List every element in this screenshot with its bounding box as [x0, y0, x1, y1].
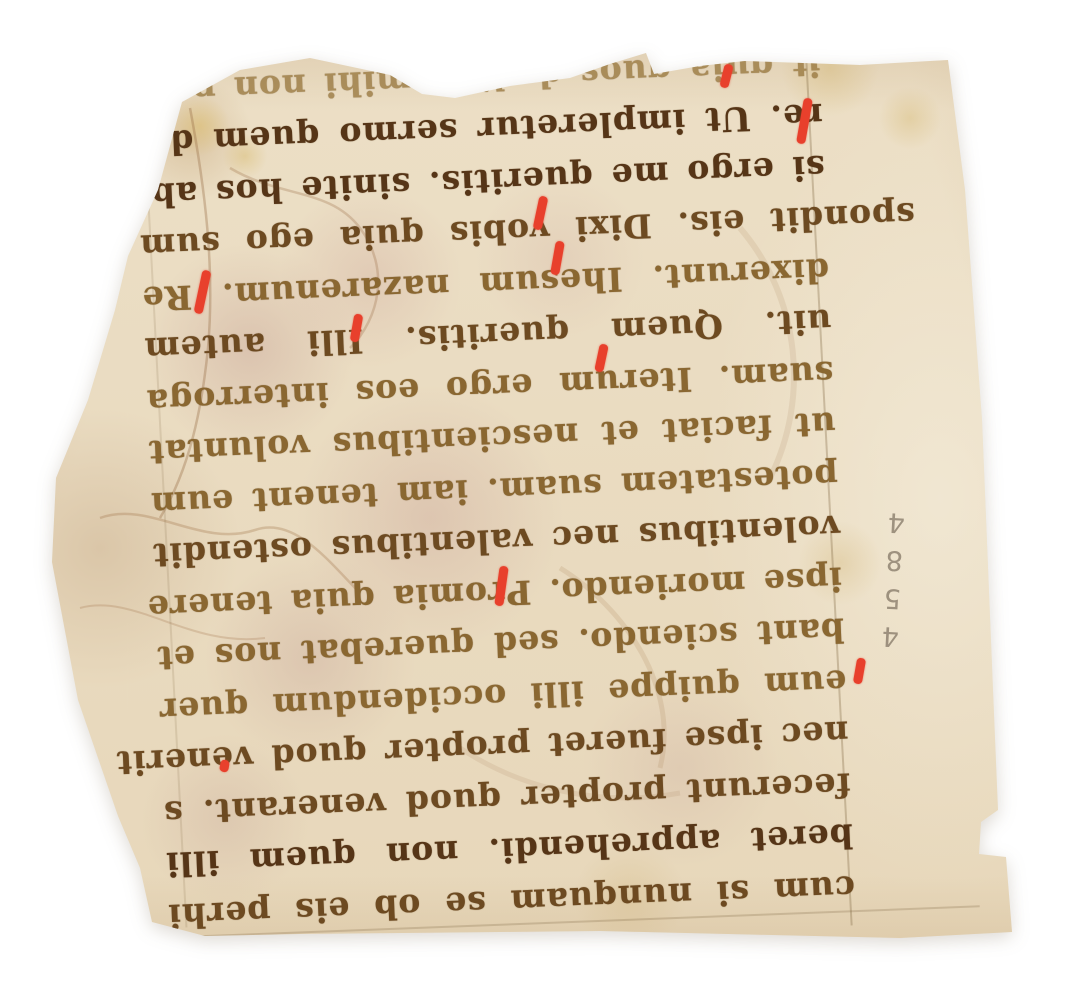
pencil-inventory-number: 4584 — [874, 499, 934, 654]
parchment: cum si nunquam se ob eis perhi beret app… — [40, 48, 1025, 948]
photo-backdrop: { "photo": { "background": "#ffffff", "d… — [0, 0, 1077, 1000]
manuscript-text-block: cum si nunquam se ob eis perhi beret app… — [132, 38, 856, 942]
manuscript-fragment: cum si nunquam se ob eis perhi beret app… — [40, 48, 1025, 948]
red-stroke — [853, 657, 866, 684]
